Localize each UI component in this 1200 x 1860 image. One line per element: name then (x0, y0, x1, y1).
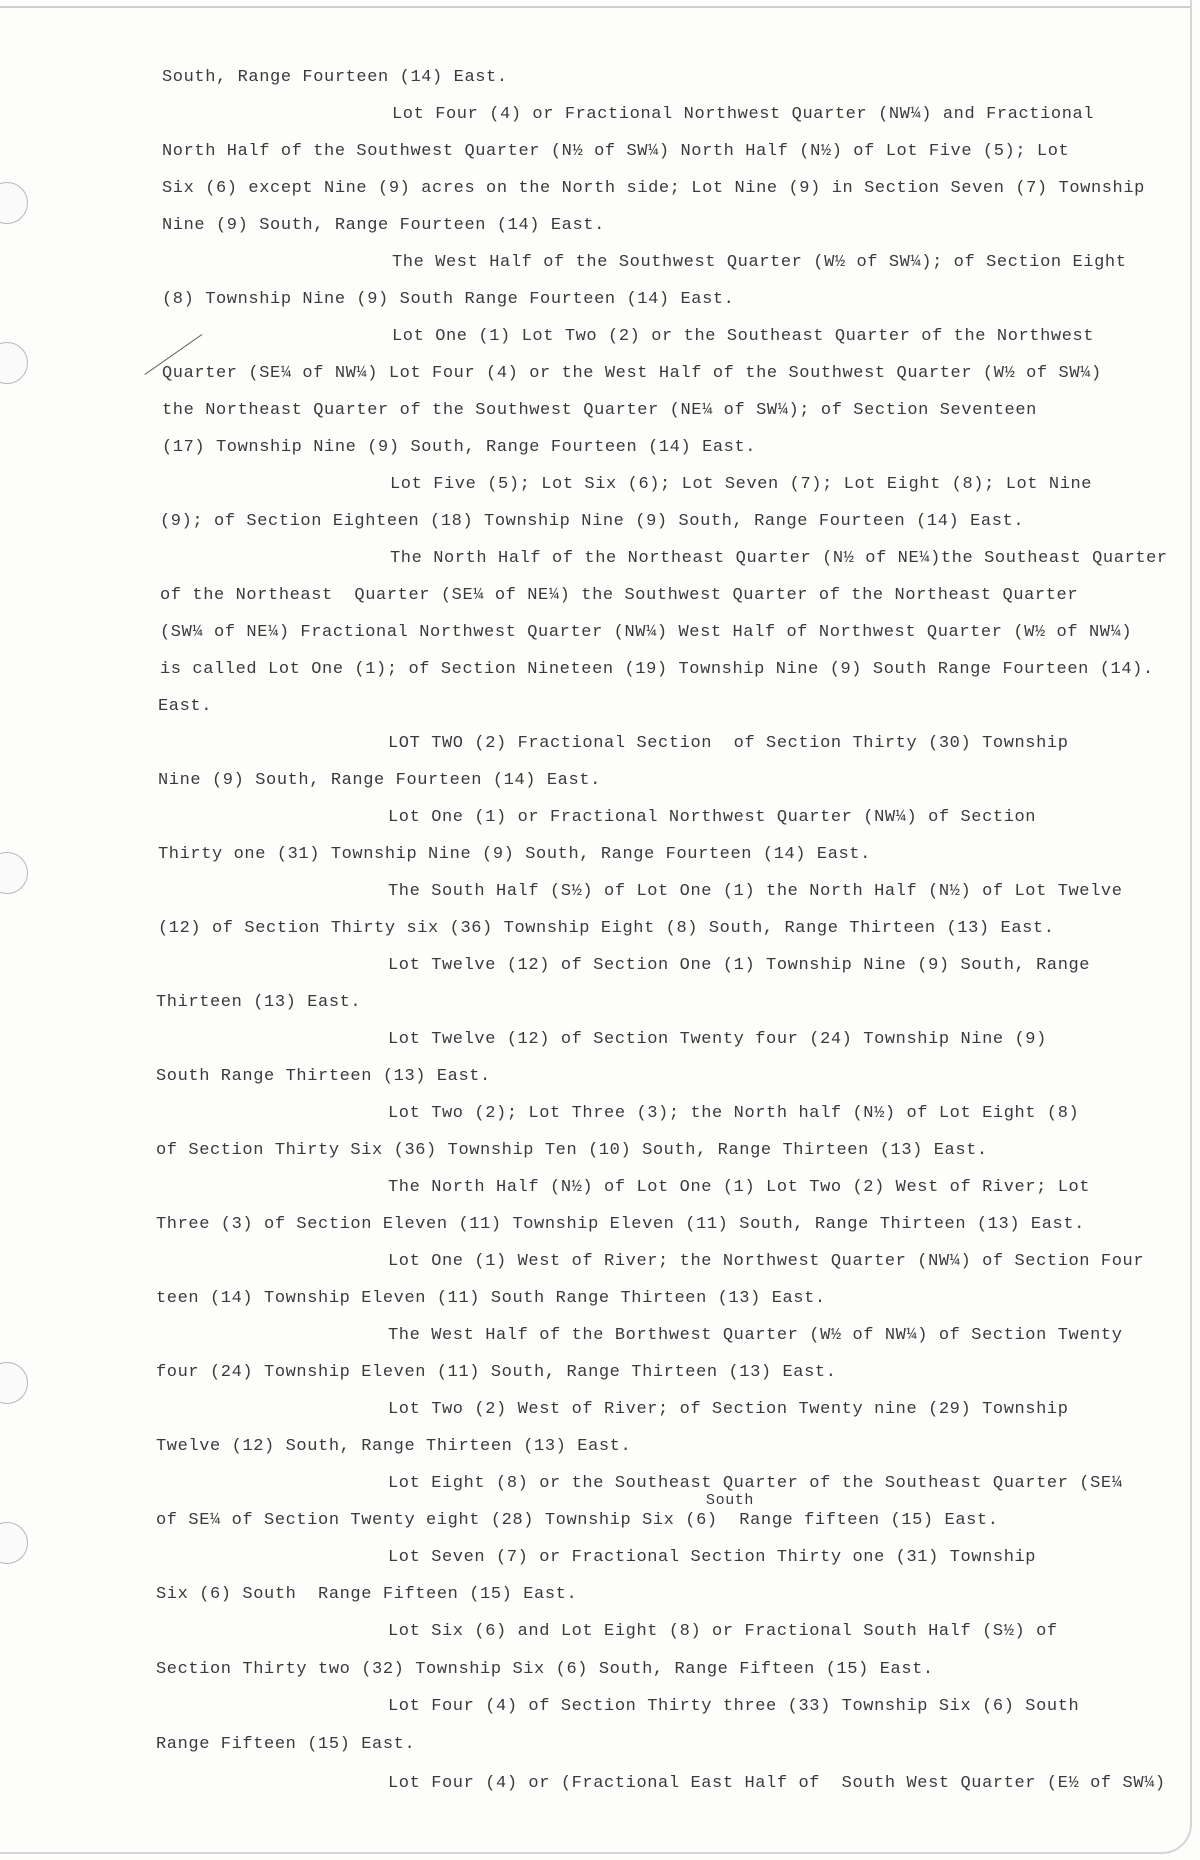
text-line: (12) of Section Thirty six (36) Township… (158, 919, 1055, 938)
text-line: Lot Twelve (12) of Section Twenty four (… (388, 1030, 1047, 1049)
text-line: teen (14) Township Eleven (11) South Ran… (156, 1289, 826, 1308)
text-line: Nine (9) South, Range Fourteen (14) East… (158, 771, 601, 790)
text-line: of SE¼ of Section Twenty eight (28) Town… (156, 1511, 999, 1530)
handwritten-insertion: South (706, 1492, 754, 1509)
text-line: South Range Thirteen (13) East. (156, 1067, 491, 1086)
text-line: Lot Four (4) or Fractional Northwest Qua… (392, 105, 1094, 124)
text-line: Six (6) except Nine (9) acres on the Nor… (162, 179, 1145, 198)
text-line: is called Lot One (1); of Section Ninete… (160, 660, 1154, 679)
text-line: Quarter (SE¼ of NW¼) Lot Four (4) or the… (162, 364, 1102, 383)
text-line: of Section Thirty Six (36) Township Ten … (156, 1141, 988, 1160)
text-line: South, Range Fourteen (14) East. (162, 68, 508, 87)
text-line: Lot Two (2) West of River; of Section Tw… (388, 1400, 1069, 1419)
text-line: four (24) Township Eleven (11) South, Ra… (156, 1363, 837, 1382)
text-line: (SW¼ of NE¼) Fractional Northwest Quarte… (160, 623, 1132, 642)
text-line: (9); of Section Eighteen (18) Township N… (160, 512, 1024, 531)
text-line: The South Half (S½) of Lot One (1) the N… (388, 882, 1123, 901)
text-line: The North Half (N½) of Lot One (1) Lot T… (388, 1178, 1090, 1197)
text-line: Lot Eight (8) or the Southeast Quarter o… (388, 1474, 1123, 1493)
text-line: Six (6) South Range Fifteen (15) East. (156, 1585, 577, 1604)
text-line: Lot One (1) West of River; the Northwest… (388, 1252, 1144, 1271)
text-line: Twelve (12) South, Range Thirteen (13) E… (156, 1437, 631, 1456)
text-line: (8) Township Nine (9) South Range Fourte… (162, 290, 735, 309)
text-line: Lot Four (4) of Section Thirty three (33… (388, 1697, 1079, 1716)
text-line: North Half of the Southwest Quarter (N½ … (162, 142, 1069, 161)
text-line: Lot Seven (7) or Fractional Section Thir… (388, 1548, 1036, 1567)
text-line: (17) Township Nine (9) South, Range Four… (162, 438, 756, 457)
text-line: Range Fifteen (15) East. (156, 1735, 415, 1754)
text-line: Lot Two (2); Lot Three (3); the North ha… (388, 1104, 1079, 1123)
text-line: Lot Twelve (12) of Section One (1) Towns… (388, 956, 1090, 975)
text-line: Lot Five (5); Lot Six (6); Lot Seven (7)… (390, 475, 1092, 494)
text-line: East. (158, 697, 212, 716)
text-line: Lot One (1) Lot Two (2) or the Southeast… (392, 327, 1094, 346)
text-line: Nine (9) South, Range Fourteen (14) East… (162, 216, 605, 235)
text-line: The North Half of the Northeast Quarter … (390, 549, 1168, 568)
text-line: Section Thirty two (32) Township Six (6)… (156, 1660, 934, 1679)
text-line: Lot Six (6) and Lot Eight (8) or Fractio… (388, 1622, 1058, 1641)
text-line: Lot Four (4) or (Fractional East Half of… (388, 1774, 1166, 1793)
text-line: The West Half of the Borthwest Quarter (… (388, 1326, 1123, 1345)
text-line: The West Half of the Southwest Quarter (… (392, 253, 1127, 272)
text-line: Thirty one (31) Township Nine (9) South,… (158, 845, 871, 864)
text-line: Three (3) of Section Eleven (11) Townshi… (156, 1215, 1085, 1234)
text-line: Thirteen (13) East. (156, 993, 361, 1012)
text-line: the Northeast Quarter of the Southwest Q… (162, 401, 1037, 420)
text-line: of the Northeast Quarter (SE¼ of NE¼) th… (160, 586, 1078, 605)
text-line: LOT TWO (2) Fractional Section of Sectio… (388, 734, 1069, 753)
text-line: Lot One (1) or Fractional Northwest Quar… (388, 808, 1036, 827)
page-top-edge (0, 0, 1190, 8)
